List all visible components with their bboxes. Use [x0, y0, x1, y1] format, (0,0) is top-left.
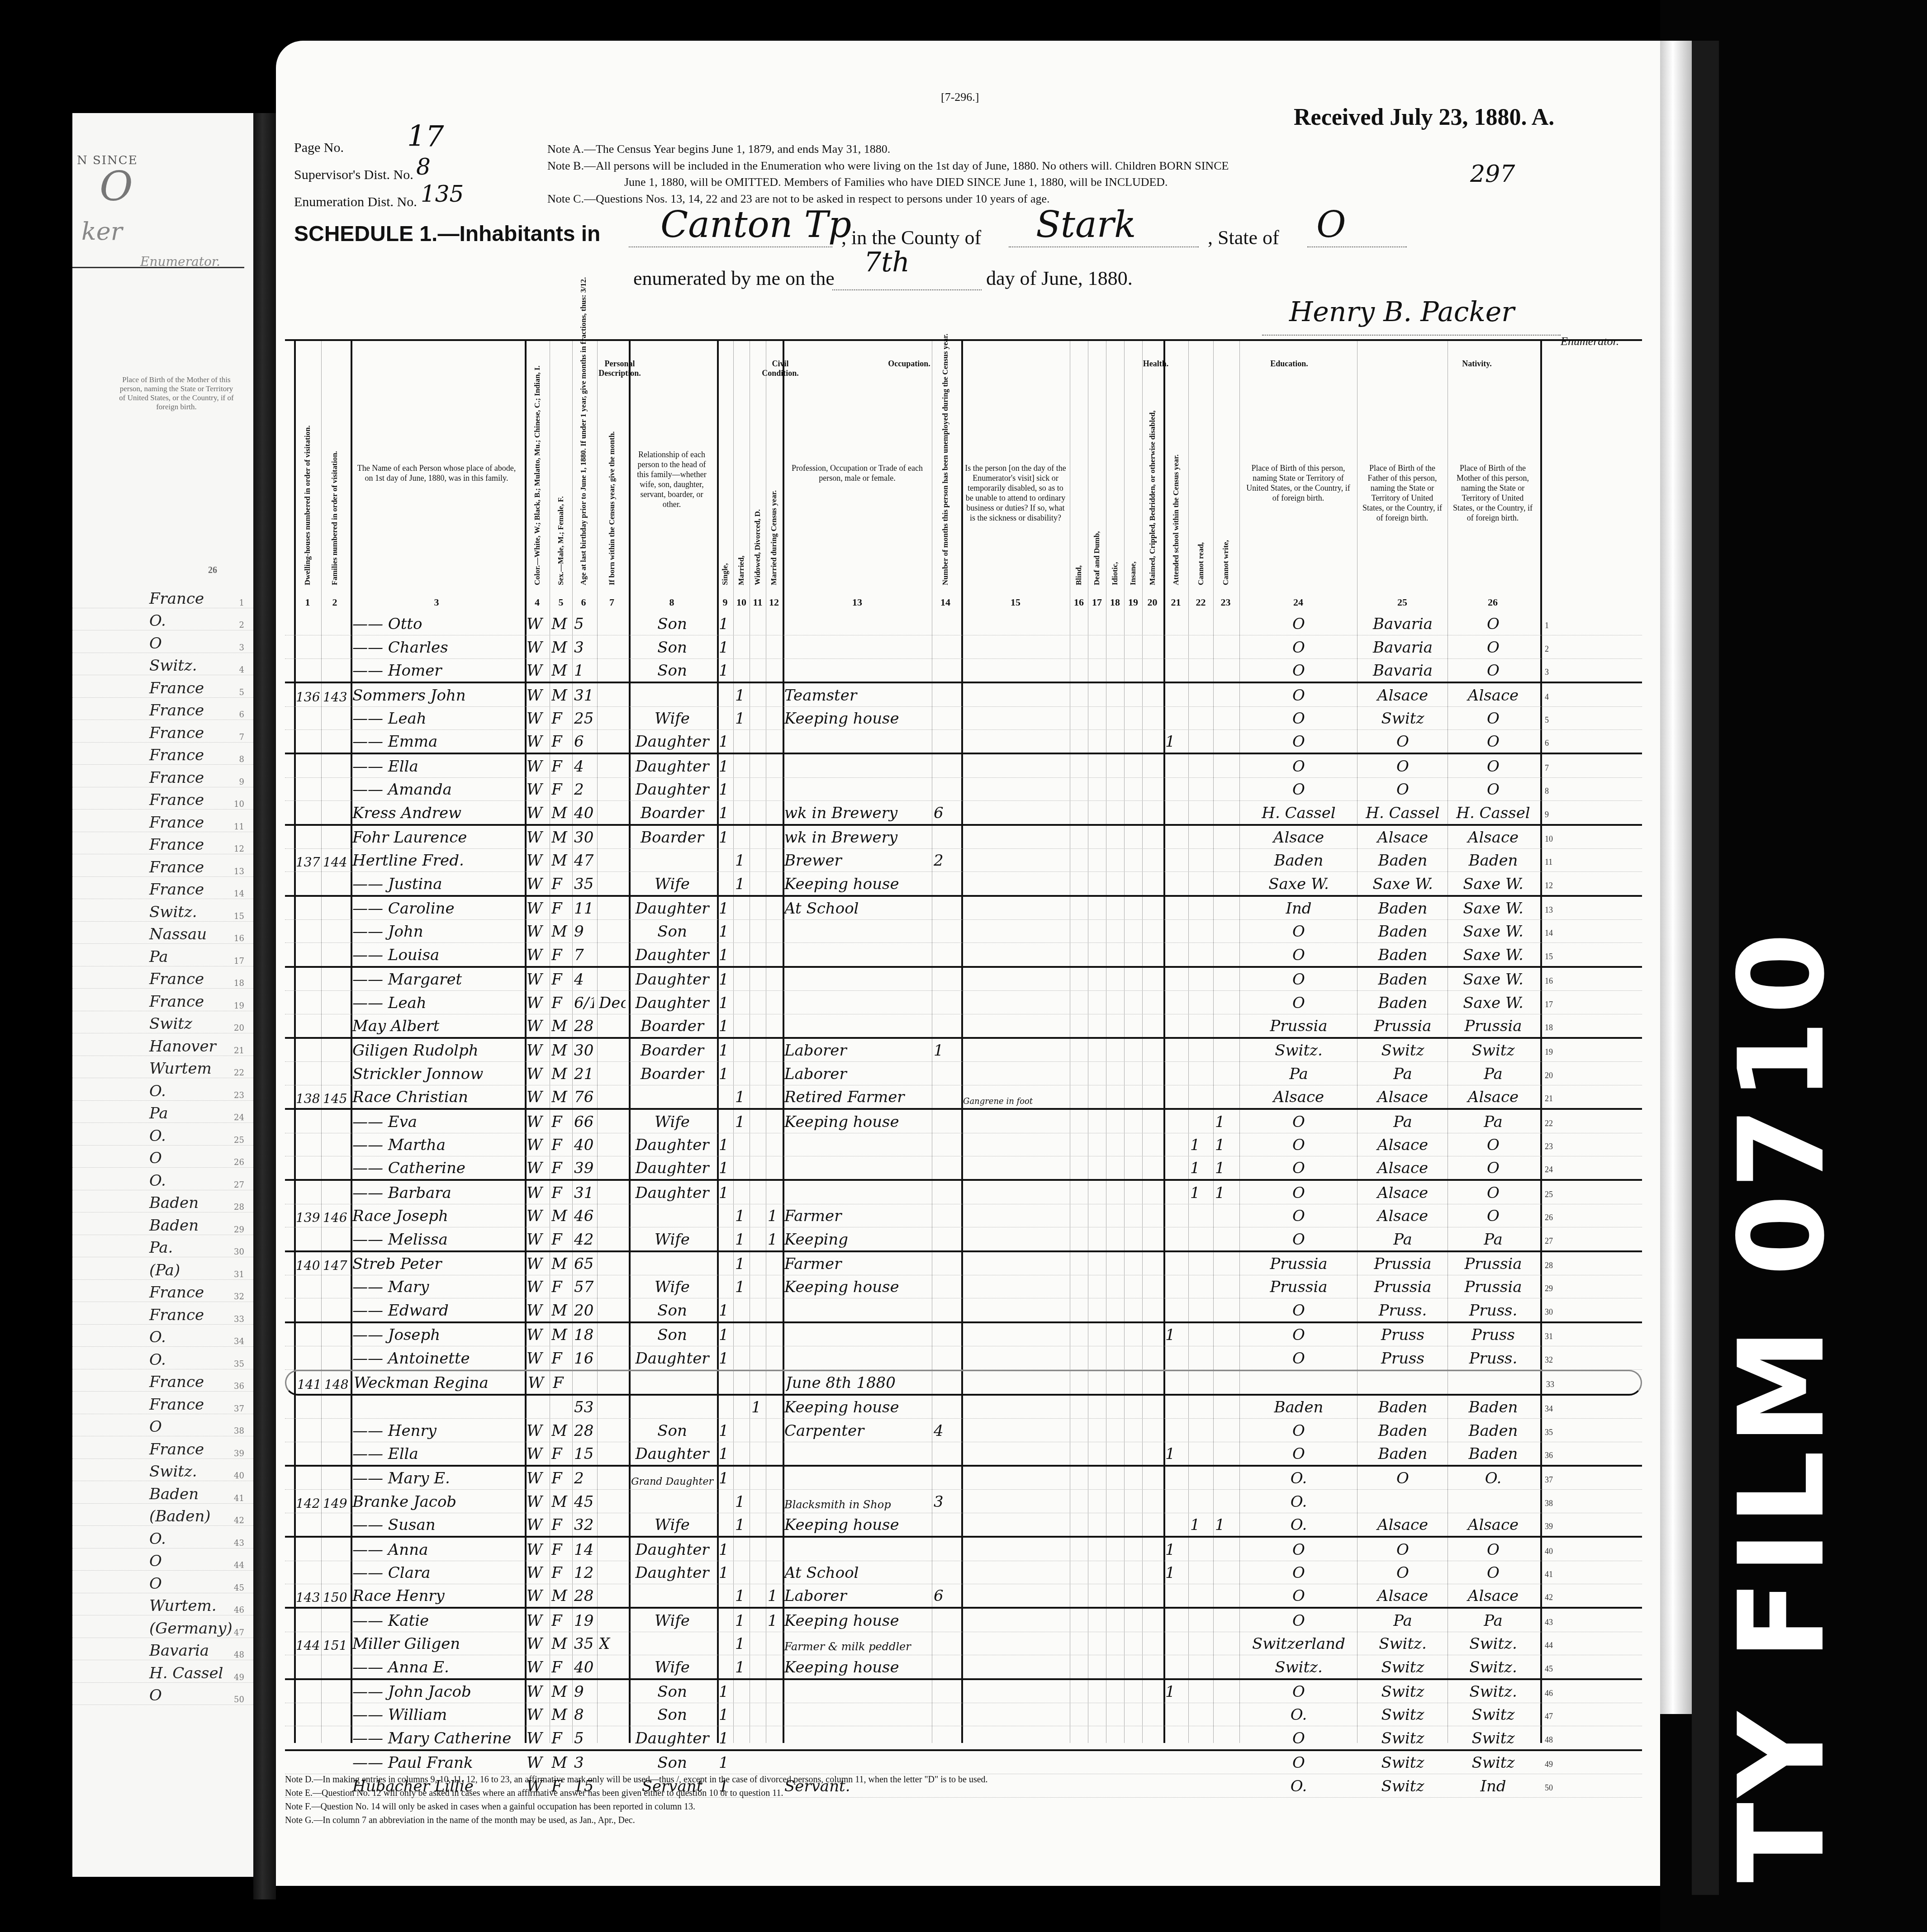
line-number: 9: [1545, 810, 1660, 819]
cell-birth: Prussia: [1241, 1017, 1356, 1035]
cell-father: O: [1359, 758, 1447, 776]
cell-age: 40: [574, 804, 594, 822]
line-number: 7: [1545, 763, 1660, 773]
note-b: Note B.—All persons will be included in …: [547, 159, 1229, 173]
cell-age: 46: [574, 1207, 594, 1225]
cell-birth: Switz.: [1241, 1658, 1356, 1676]
enumerated-suffix: day of June, 1880.: [986, 267, 1133, 290]
line-number: 39: [1545, 1522, 1660, 1531]
column-number-22: 22: [1188, 597, 1213, 608]
line-number: 41: [1545, 1570, 1660, 1579]
cell-rel: Son: [631, 1422, 714, 1440]
cell-birth: O: [1241, 639, 1356, 657]
prev-col26-value: Switz.: [149, 1463, 226, 1481]
prev-row: France5: [72, 675, 253, 698]
cell-birth: O: [1241, 710, 1356, 728]
table-row: 136143Sommers JohnWM311TeamsterOAlsaceAl…: [285, 683, 1642, 706]
cell-color: W: [527, 781, 549, 799]
cell-family: 146: [323, 1210, 347, 1225]
cell-family: 149: [323, 1496, 347, 1511]
cell-occ: June 8th 1880: [786, 1374, 932, 1392]
prev-col26-value: O.: [149, 1351, 226, 1369]
cell-father: Bavaria: [1359, 615, 1447, 633]
cell-sex: M: [551, 852, 571, 870]
prev-row: O26: [72, 1146, 253, 1168]
line-number: 37: [1545, 1475, 1660, 1485]
cell-color: W: [527, 1541, 549, 1559]
table-row: —— WilliamWM8Son1O.SwitzSwitz47: [285, 1703, 1642, 1726]
cell-name: Miller Giligen: [352, 1635, 522, 1653]
cell-unemp: 2: [934, 852, 958, 870]
cell-married: 1: [735, 1612, 749, 1630]
cell-mother: O: [1449, 615, 1537, 633]
cell-name: —— Joseph: [352, 1326, 522, 1344]
cell-sex: F: [551, 1350, 571, 1368]
column-header-25: Place of Birth of the Father of this per…: [1361, 463, 1444, 523]
cell-sex: F: [551, 1184, 571, 1202]
table-row: —— ClaraWF12Daughter1At School1OOO41: [285, 1561, 1642, 1584]
cell-occ: Keeping: [784, 1231, 931, 1249]
cell-rel: Daughter: [631, 971, 714, 989]
cell-sex: M: [551, 687, 571, 705]
cell-single: 1: [719, 1754, 732, 1772]
cell-mother: Alsace: [1449, 1088, 1537, 1106]
column-header-2: Families numbered in order of visitation…: [330, 395, 339, 585]
prev-col26-value: Pa: [149, 1104, 226, 1122]
cell-name: —— Leah: [352, 710, 522, 728]
cell-mother: O: [1449, 1136, 1537, 1154]
cell-name: Branke Jacob: [352, 1493, 522, 1511]
cell-name: —— Mary Catherine: [352, 1729, 522, 1747]
cell-mother: Switz.: [1449, 1635, 1537, 1653]
cell-single: 1: [719, 1683, 732, 1701]
cell-family: 145: [323, 1091, 347, 1106]
cell-rel: Wife: [631, 875, 714, 893]
cell-single: 1: [719, 639, 732, 657]
cell-occ: Keeping house: [784, 1516, 931, 1534]
cell-occ: Blacksmith in Shop: [784, 1498, 931, 1511]
cell-age: 2: [574, 781, 594, 799]
previous-page-fragment: N SINCE O ker Enumerator. Place of Birth…: [72, 113, 253, 1877]
cell-father: Switz.: [1359, 1635, 1447, 1653]
column-header-4: Color.—White, W.; Black, B.; Mulatto, Mu…: [533, 395, 542, 585]
cell-sex: F: [551, 1658, 571, 1676]
cell-age: 28: [574, 1422, 594, 1440]
cell-father: O: [1359, 781, 1447, 799]
prev-col26-value: O: [149, 1418, 226, 1436]
cell-mother: Switz.: [1449, 1683, 1537, 1701]
cell-rel: Daughter: [631, 1350, 714, 1368]
cell-birth: Baden: [1241, 1398, 1356, 1416]
cell-mother: O: [1449, 1184, 1537, 1202]
line-number: 32: [1545, 1355, 1660, 1365]
column-number-6: 6: [572, 597, 595, 608]
prev-col26-value: France: [149, 590, 226, 608]
prev-col26-value: France: [149, 791, 226, 809]
table-row: 140147Streb PeterWM651FarmerPrussiaPruss…: [285, 1252, 1642, 1275]
cell-mother: Alsace: [1449, 1516, 1537, 1534]
cell-occ: Carpenter: [784, 1422, 931, 1440]
prev-col26-value: France: [149, 701, 226, 720]
prev-row: (Germany)47: [72, 1615, 253, 1638]
prev-col26-value: O.: [149, 1172, 226, 1190]
cell-name: —— Katie: [352, 1612, 522, 1630]
line-number: 49: [1545, 1760, 1660, 1769]
cell-mother: Baden: [1449, 1445, 1537, 1463]
cell-birth: Saxe W.: [1241, 875, 1356, 893]
cell-birth: O: [1241, 615, 1356, 633]
cell-father: Alsace: [1359, 1516, 1447, 1534]
cell-father: Alsace: [1359, 1088, 1447, 1106]
cell-single: 1: [719, 1065, 732, 1083]
column-header-18: Idiotic,: [1111, 395, 1120, 585]
cell-color: W: [527, 1326, 549, 1344]
cell-age: 40: [574, 1658, 594, 1676]
cell-sex: F: [551, 1136, 571, 1154]
cell-name: —— Otto: [352, 615, 522, 633]
cell-mother: O: [1449, 1159, 1537, 1177]
cell-father: Bavaria: [1359, 639, 1447, 657]
cell-color: W: [527, 852, 549, 870]
prev-col26-value: Switz.: [149, 657, 226, 675]
prev-row: Switz.40: [72, 1459, 253, 1482]
table-row: —— Paul FrankWM3Son1OSwitzSwitz49: [285, 1751, 1642, 1774]
census-table: Personal Description. Civil Condition. O…: [285, 339, 1642, 1770]
cell-read: 1: [1190, 1159, 1212, 1177]
table-row: —— LouisaWF7Daughter1OBadenSaxe W.15: [285, 943, 1642, 967]
cell-color: W: [527, 1754, 549, 1772]
prev-col26-value: Nassau: [149, 925, 226, 943]
cell-mother: O: [1449, 758, 1537, 776]
line-number: 21: [1545, 1094, 1660, 1103]
prev-col26-value: France: [149, 881, 226, 899]
cell-mother: Pruss: [1449, 1326, 1537, 1344]
cell-name: May Albert: [352, 1017, 522, 1035]
cell-mother: O: [1449, 1207, 1537, 1225]
prev-col26-value: Baden: [149, 1485, 226, 1503]
cell-mother: H. Cassel: [1449, 804, 1537, 822]
line-number: 33: [1546, 1380, 1659, 1389]
cell-age: 21: [574, 1065, 594, 1083]
prev-row: O38: [72, 1414, 253, 1437]
cell-name: —— John Jacob: [352, 1683, 522, 1701]
cell-married: 1: [735, 1493, 749, 1511]
cell-color: W: [527, 1350, 549, 1368]
table-row: —— HenryWM28Son1Carpenter4OBadenBaden35: [285, 1419, 1642, 1442]
cell-dwelling: 140: [296, 1258, 320, 1273]
cell-married: 1: [735, 710, 749, 728]
cell-birth: O.: [1241, 1516, 1356, 1534]
prev-row: O.2: [72, 608, 253, 631]
cell-age: 31: [574, 687, 594, 705]
cell-married: 1: [735, 1231, 749, 1249]
supervisor-label: Supervisor's Dist. No.: [294, 167, 413, 183]
cell-school: 1: [1165, 1445, 1187, 1463]
cell-father: Alsace: [1359, 1159, 1447, 1177]
column-number-4: 4: [525, 597, 550, 608]
cell-birth: Ind: [1241, 900, 1356, 918]
cell-color: W: [527, 1184, 549, 1202]
line-number: 29: [1545, 1284, 1660, 1293]
cell-father: O: [1359, 1564, 1447, 1582]
cell-name: Strickler Jonnow: [352, 1065, 522, 1083]
cell-color: W: [527, 1302, 549, 1320]
cell-age: 45: [574, 1493, 594, 1511]
cell-name: —— Edward: [352, 1302, 522, 1320]
cell-birth: O: [1241, 1683, 1356, 1701]
cell-birth: O: [1241, 1754, 1356, 1772]
prev-row: France10: [72, 787, 253, 810]
cell-read: 1: [1190, 1136, 1212, 1154]
prev-row: France6: [72, 698, 253, 720]
line-number: 20: [1545, 1071, 1660, 1080]
cell-family: 147: [323, 1258, 347, 1273]
cell-name: Sommers John: [352, 687, 522, 705]
prev-col26-value: Switz: [149, 1015, 226, 1033]
prev-row: France33: [72, 1302, 253, 1325]
cell-age: 5: [574, 1729, 594, 1747]
prev-col26-value: Hanover: [149, 1037, 226, 1056]
table-row: —— BarbaraWF31Daughter111OAlsaceO25: [285, 1181, 1642, 1204]
cell-color: W: [527, 1088, 549, 1106]
cell-father: Prussia: [1359, 1278, 1447, 1296]
cell-mother: Pa: [1449, 1231, 1537, 1249]
cell-occ: wk in Brewery: [784, 804, 931, 822]
cell-birth: Prussia: [1241, 1278, 1356, 1296]
column-header-22: Cannot read,: [1196, 395, 1206, 585]
prev-col26-value: France: [149, 769, 226, 787]
cell-sex: F: [551, 1469, 571, 1487]
cell-sex: F: [551, 1278, 571, 1296]
column-header-16: Blind,: [1074, 395, 1083, 585]
cell-rel: Daughter: [631, 1541, 714, 1559]
film-fragment: TY: [1714, 1706, 1851, 1883]
cell-name: —— Charles: [352, 639, 522, 657]
table-row: Giligen RudolphWM30Boarder1Laborer1Switz…: [285, 1039, 1642, 1062]
prev-col26-value: O.: [149, 1328, 226, 1346]
cell-single: 1: [719, 615, 732, 633]
prev-row: Baden41: [72, 1481, 253, 1504]
cell-father: Baden: [1359, 852, 1447, 870]
cell-father: H. Cassel: [1359, 804, 1447, 822]
cell-birth: O: [1241, 1113, 1356, 1131]
cell-name: —— Ella: [352, 1445, 522, 1463]
cell-birth: O: [1241, 1445, 1356, 1463]
cell-birth: O: [1241, 1612, 1356, 1630]
line-number: 48: [1545, 1735, 1660, 1745]
note-e: Note E.—Question No. 12 will only be ask…: [285, 1786, 988, 1800]
cell-rel: Boarder: [631, 1017, 714, 1035]
cell-birth: O: [1241, 994, 1356, 1012]
cell-rel: Grand Daughter: [631, 1476, 714, 1487]
cell-occ: Keeping house: [784, 1113, 931, 1131]
cell-age: 3: [574, 639, 594, 657]
cell-father: Pa: [1359, 1065, 1447, 1083]
cell-sex: M: [551, 1207, 571, 1225]
prev-row: Hanover21: [72, 1033, 253, 1056]
sheet-number: 297: [1470, 161, 1515, 188]
cell-birth: O: [1241, 781, 1356, 799]
group-civil: Civil Condition.: [755, 359, 805, 378]
cell-name: —— Emma: [352, 733, 522, 751]
prev-row: Pa17: [72, 944, 253, 966]
film-stamp: TY FILM 0710: [1723, 927, 1841, 1883]
prev-row: France8: [72, 743, 253, 765]
table-row: —— EdwardWM20Son1OPruss.Pruss.30: [285, 1298, 1642, 1323]
cell-age: 76: [574, 1088, 594, 1106]
cell-married: 1: [735, 1255, 749, 1273]
column-number-17: 17: [1088, 597, 1106, 608]
page-no-value: 17: [407, 120, 444, 153]
cell-name: —— Ella: [352, 758, 522, 776]
cell-age: 53: [574, 1398, 594, 1416]
cell-color: W: [527, 875, 549, 893]
cell-father: Bavaria: [1359, 662, 1447, 680]
column-number-2: 2: [321, 597, 348, 608]
line-number: 24: [1545, 1165, 1660, 1174]
line-number: 3: [1545, 668, 1660, 677]
prev-col26-value: France: [149, 1306, 226, 1324]
cell-father: Prussia: [1359, 1017, 1447, 1035]
cell-color: W: [527, 1255, 549, 1273]
cell-sex: M: [551, 923, 571, 941]
cell-age: 1: [574, 662, 594, 680]
cell-married: 1: [735, 1088, 749, 1106]
line-number: 11: [1545, 857, 1660, 867]
line-number: 50: [1545, 1783, 1660, 1793]
cell-age: 6/12: [574, 994, 594, 1012]
prev-col26-value: (Germany): [149, 1619, 226, 1638]
cell-name: —— Louisa: [352, 946, 522, 964]
cell-occ: Laborer: [784, 1587, 931, 1605]
table-row: May AlbertWM28Boarder1PrussiaPrussiaPrus…: [285, 1014, 1642, 1039]
cell-sex: F: [551, 994, 571, 1012]
cell-sex: F: [551, 1445, 571, 1463]
line-number: 6: [1545, 739, 1660, 748]
cell-rel: Daughter: [631, 733, 714, 751]
cell-age: 9: [574, 1683, 594, 1701]
cell-mother: Saxe W.: [1449, 946, 1537, 964]
cell-dwelling: 144: [296, 1638, 320, 1653]
cell-sex: M: [551, 662, 571, 680]
cell-father: Switz: [1359, 1729, 1447, 1747]
cell-mother: Baden: [1449, 1398, 1537, 1416]
column-number-18: 18: [1106, 597, 1124, 608]
cell-single: 1: [719, 758, 732, 776]
column-number-19: 19: [1124, 597, 1142, 608]
cell-birth: Alsace: [1241, 1088, 1356, 1106]
column-number-11: 11: [750, 597, 766, 608]
table-row: —— Mary CatherineWF5Daughter1OSwitzSwitz…: [285, 1726, 1642, 1751]
line-number: 28: [1545, 1261, 1660, 1270]
column-number-16: 16: [1070, 597, 1088, 608]
column-number-12: 12: [766, 597, 782, 608]
cell-birth: O: [1241, 1207, 1356, 1225]
cell-sex: M: [551, 1017, 571, 1035]
cell-father: Switz: [1359, 1754, 1447, 1772]
state-value: O: [1316, 204, 1346, 246]
cell-age: 65: [574, 1255, 594, 1273]
note-a: Note A.—The Census Year begins June 1, 1…: [547, 142, 890, 156]
cell-single: 1: [719, 1469, 732, 1487]
cell-school: 1: [1165, 1541, 1187, 1559]
cell-age: 12: [574, 1564, 594, 1582]
column-header-23: Cannot write,: [1221, 395, 1230, 585]
cell-rel: Wife: [631, 1658, 714, 1676]
column-header-5: Sex.—Male, M.; Female, F.: [556, 395, 565, 585]
cell-name: —— Susan: [352, 1516, 522, 1534]
cell-mother: Pruss.: [1449, 1350, 1537, 1368]
cell-sex: F: [551, 1113, 571, 1131]
prev-col26-value: France: [149, 724, 226, 742]
column-header-1: Dwelling-houses numbered in order of vis…: [303, 395, 312, 585]
cell-name: —— Barbara: [352, 1184, 522, 1202]
cell-occ: Farmer: [784, 1207, 931, 1225]
line-number: 25: [1545, 1190, 1660, 1199]
line-number: 46: [1545, 1689, 1660, 1698]
cell-age: 4: [574, 758, 594, 776]
table-row: Strickler JonnowWM21Boarder1LaborerPaPaP…: [285, 1062, 1642, 1085]
cell-age: 19: [574, 1612, 594, 1630]
cell-sex: F: [553, 1374, 573, 1392]
prev-row: Bavaria48: [72, 1638, 253, 1661]
cell-mother: O: [1449, 639, 1537, 657]
prev-col26-value: O: [149, 635, 226, 653]
cell-occ: Farmer: [784, 1255, 931, 1273]
cell-name: Race Henry: [352, 1587, 522, 1605]
table-row: —— SusanWF32Wife1Keeping house11O.Alsace…: [285, 1513, 1642, 1538]
cell-occ: Brewer: [784, 852, 931, 870]
prev-col26-value: France: [149, 970, 226, 988]
column-header-12: Married during Census year.: [769, 395, 778, 585]
cell-widowed: 1: [751, 1398, 765, 1416]
cell-name: —— Caroline: [352, 900, 522, 918]
column-header-6: Age at last birthday prior to June 1, 18…: [579, 395, 588, 585]
line-number: 27: [1545, 1236, 1660, 1246]
table-row: 142149Branke JacobWM451Blacksmith in Sho…: [285, 1490, 1642, 1513]
enumerator-signature: Henry B. Packer: [1289, 296, 1514, 328]
cell-rel: Daughter: [631, 1184, 714, 1202]
cell-family: 151: [323, 1638, 347, 1653]
cell-rel: Daughter: [631, 1729, 714, 1747]
cell-single: 1: [719, 923, 732, 941]
table-row: —— Anna E.WF40Wife1Keeping houseSwitz.Sw…: [285, 1655, 1642, 1680]
column-header-10: Married,: [737, 395, 746, 585]
cell-birth: O.: [1241, 1777, 1356, 1795]
column-number-20: 20: [1142, 597, 1163, 608]
prev-col26-value: O: [149, 1686, 226, 1705]
cell-color: W: [527, 1635, 549, 1653]
form-number: [7-296.]: [941, 90, 979, 104]
cell-birth: O.: [1241, 1706, 1356, 1724]
cell-rel: Son: [631, 662, 714, 680]
cell-mother: O: [1449, 1541, 1537, 1559]
note-b-cont: June 1, 1880, will be OMITTED. Members o…: [624, 175, 1168, 189]
cell-write: 1: [1215, 1159, 1237, 1177]
table-row: 141148Weckman ReginaWFJune 8th 188033: [285, 1370, 1642, 1396]
line-number: 16: [1545, 976, 1660, 986]
cell-rel: Boarder: [631, 804, 714, 822]
film-label: FILM: [1714, 1322, 1851, 1660]
cell-sex: M: [551, 1635, 571, 1653]
cell-color: W: [527, 615, 549, 633]
cell-mother: Alsace: [1449, 1587, 1537, 1605]
line-number: 22: [1545, 1119, 1660, 1128]
cell-mother: Saxe W.: [1449, 971, 1537, 989]
cell-family: 150: [323, 1590, 347, 1605]
table-row: —— CarolineWF11Daughter1At SchoolIndBade…: [285, 897, 1642, 920]
column-header-3: The Name of each Person whose place of a…: [354, 463, 519, 483]
